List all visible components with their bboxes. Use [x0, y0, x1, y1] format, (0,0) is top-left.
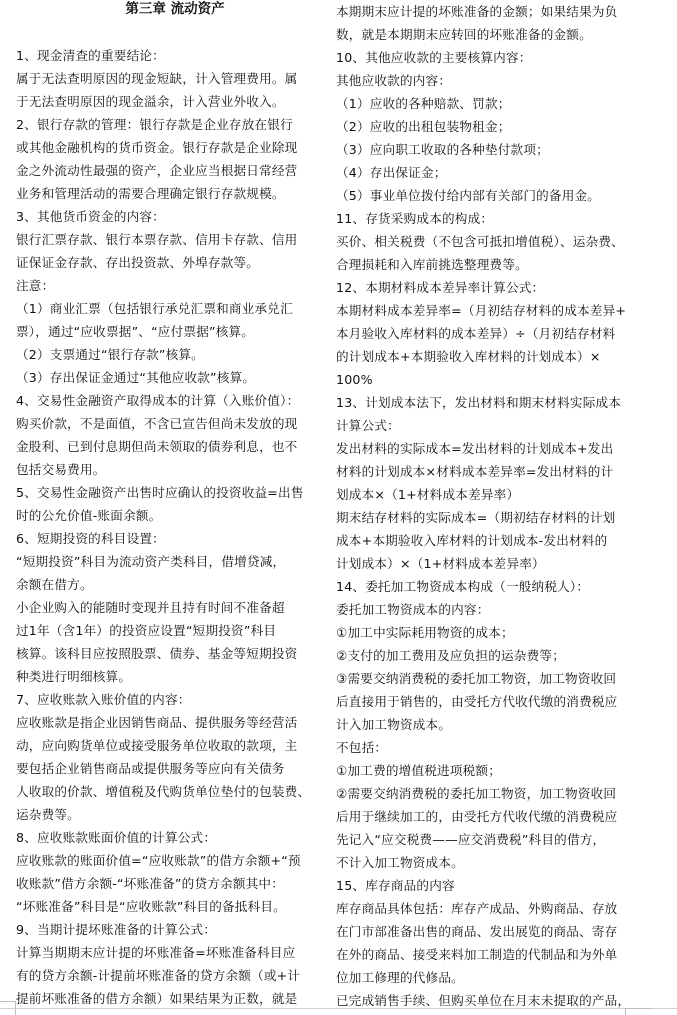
text-line: 过1年（含1年）的投资应设置“短期投资”科目	[16, 619, 334, 642]
text-line: 库存商品具体包括：库存产成品、外购商品、存放	[336, 897, 636, 920]
text-line: 于无法查明原因的现金溢余，计入营业外收入。	[16, 90, 334, 113]
text-line: 7、应收账款入账价值的内容：	[16, 688, 334, 711]
text-line: 金之外流动性最强的资产，企业应当根据日常经营	[16, 159, 334, 182]
text-line: 运杂费等。	[16, 803, 334, 826]
text-line: 属于无法查明原因的现金短缺，计入管理费用。属	[16, 67, 334, 90]
text-line: 注意：	[16, 274, 334, 297]
text-line: 14、委托加工物资成本构成（一般纳税人）：	[336, 575, 636, 598]
text-line: （1）应收的各种赔款、罚款；	[336, 92, 636, 115]
text-line: 划成本×（1+材料成本差异率）	[336, 483, 636, 506]
text-line: （5）事业单位拨付给内部有关部门的备用金。	[336, 184, 636, 207]
text-line: 核算。该科目应按照股票、债券、基金等短期投资	[16, 642, 334, 665]
text-line: 业务和管理活动的需要合理确定银行存款规模。	[16, 182, 334, 205]
text-line: 购买价款，不是面值，不含已宣告但尚未发放的现	[16, 412, 334, 435]
text-line: 后直接用于销售的，由受托方代收代缴的消费税应	[336, 690, 636, 713]
page-bottom-rule	[0, 1008, 677, 1009]
text-line: 15、库存商品的内容	[336, 874, 636, 897]
text-line: 种类进行明细核算。	[16, 665, 334, 688]
text-line: （2）支票通过“银行存款”核算。	[16, 343, 334, 366]
text-line: 12、本期材料成本差异率计算公式：	[336, 276, 636, 299]
text-line: 有的贷方余额-计提前坏账准备的贷方余额（或+计	[16, 964, 334, 987]
text-line: 计算公式：	[336, 414, 636, 437]
chapter-title: 第三章 流动资产	[16, 0, 334, 22]
text-line: 8、应收账款账面价值的计算公式：	[16, 826, 334, 849]
text-line: 买价、相关税费（不包含可抵扣增值税）、运杂费、	[336, 230, 636, 253]
right-column-text: 本期期末应计提的坏账准备的金额；如果结果为负数，就是本期期末应转回的坏账准备的金…	[336, 0, 636, 1012]
text-line: “短期投资”科目为流动资产类科目，借增贷减，	[16, 550, 334, 573]
text-line: 小企业购入的能随时变现并且持有时间不准备超	[16, 596, 334, 619]
text-line: 包括交易费用。	[16, 458, 334, 481]
text-line: 本期期末应计提的坏账准备的金额；如果结果为负	[336, 0, 636, 23]
text-line: 收账款”借方余额-“坏账准备”的贷方余额其中：	[16, 872, 334, 895]
text-line: 证保证金存款、存出投资款、外埠存款等。	[16, 251, 334, 274]
text-line: 材料的计划成本×材料成本差异率=发出材料的计	[336, 460, 636, 483]
text-line: 11、存货采购成本的构成：	[336, 207, 636, 230]
text-line: 9、当期计提坏账准备的计算公式：	[16, 918, 334, 941]
text-line: 委托加工物资成本的内容：	[336, 598, 636, 621]
text-line: 3、其他货币资金的内容：	[16, 205, 334, 228]
text-line: 提前坏账准备的借方余额）如果结果为正数，就是	[16, 987, 334, 1010]
text-line: 期末结存材料的实际成本=（期初结存材料的计划	[336, 506, 636, 529]
text-line: （3）存出保证金通过“其他应收款”核算。	[16, 366, 334, 389]
text-line: 时的公允价值-账面余额。	[16, 504, 334, 527]
crop-mark-left-icon	[0, 1001, 16, 1015]
document-page: 第三章 流动资产 1、现金清查的重要结论：属于无法查明原因的现金短缺，计入管理费…	[0, 0, 677, 1015]
text-line: 计入加工物资成本。	[336, 713, 636, 736]
text-line: 应收账款的账面价值=“应收账款”的借方余额+“预	[16, 849, 334, 872]
text-line: 计划成本）×（1+材料成本差异率）	[336, 552, 636, 575]
text-line: （4）存出保证金；	[336, 161, 636, 184]
text-line: “坏账准备”科目是“应收账款”科目的备抵科目。	[16, 895, 334, 918]
text-line: 人收取的价款、增值税及代购货单位垫付的包装费、	[16, 780, 334, 803]
text-line: 票），通过“应收票据”、“应付票据”核算。	[16, 320, 334, 343]
text-line: 成本+本期验收入库材料的计划成本-发出材料的	[336, 529, 636, 552]
text-line: 先记入“应交税费——应交消费税”科目的借方，	[336, 828, 636, 851]
text-line: 合理损耗和入库前挑选整理费等。	[336, 253, 636, 276]
text-line: 数，就是本期期末应转回的坏账准备的金额。	[336, 23, 636, 46]
text-line: 5、交易性金融资产出售时应确认的投资收益=出售	[16, 481, 334, 504]
text-line: 的计划成本+本期验收入库材料的计划成本）×	[336, 345, 636, 368]
text-line: 在门市部准备出售的商品、发出展览的商品、寄存	[336, 920, 636, 943]
left-column-text: 1、现金清查的重要结论：属于无法查明原因的现金短缺，计入管理费用。属于无法查明原…	[16, 44, 334, 1010]
text-line: 1、现金清查的重要结论：	[16, 44, 334, 67]
right-column: 本期期末应计提的坏账准备的金额；如果结果为负数，就是本期期末应转回的坏账准备的金…	[336, 0, 636, 1012]
text-line: ③需要交纳消费税的委托加工物资，加工物资收回	[336, 667, 636, 690]
text-line: 发出材料的实际成本=发出材料的计划成本+发出	[336, 437, 636, 460]
text-line: 10、其他应收款的主要核算内容：	[336, 46, 636, 69]
text-line: （1）商业汇票（包括银行承兑汇票和商业承兑汇	[16, 297, 334, 320]
text-line: 在外的商品、接受来料加工制造的代制品和为外单	[336, 943, 636, 966]
text-line: 位加工修理的代修品。	[336, 966, 636, 989]
text-line: （2）应收的出租包装物租金；	[336, 115, 636, 138]
text-line: 余额在借方。	[16, 573, 334, 596]
crop-mark-right-icon	[625, 1008, 651, 1015]
text-line: 其他应收款的内容：	[336, 69, 636, 92]
text-line: 6、短期投资的科目设置：	[16, 527, 334, 550]
text-line: ②支付的加工费用及应负担的运杂费等；	[336, 644, 636, 667]
text-line: 13、计划成本法下，发出材料和期末材料实际成本	[336, 391, 636, 414]
text-line: 后用于继续加工的，由受托方代收代缴的消费税应	[336, 805, 636, 828]
text-line: 不包括：	[336, 736, 636, 759]
text-line: 要包括企业销售商品或提供服务等应向有关债务	[16, 757, 334, 780]
text-line: 银行汇票存款、银行本票存款、信用卡存款、信用	[16, 228, 334, 251]
text-line: 动，应向购货单位或接受服务单位收取的款项，主	[16, 734, 334, 757]
text-line: 本月验收入库材料的成本差异）÷（月初结存材料	[336, 322, 636, 345]
text-line: 不计入加工物资成本。	[336, 851, 636, 874]
text-line: 4、交易性金融资产取得成本的计算（入账价值）：	[16, 389, 334, 412]
left-column: 第三章 流动资产 1、现金清查的重要结论：属于无法查明原因的现金短缺，计入管理费…	[16, 0, 334, 1010]
text-line: （3）应向职工收取的各种垫付款项；	[336, 138, 636, 161]
text-line: 金股利、已到付息期但尚未领取的债券利息，也不	[16, 435, 334, 458]
text-line: 2、银行存款的管理：银行存款是企业存放在银行	[16, 113, 334, 136]
text-line: 或其他金融机构的货币资金。银行存款是企业除现	[16, 136, 334, 159]
text-line: ①加工费的增值税进项税额；	[336, 759, 636, 782]
text-line: 100%	[336, 368, 636, 391]
text-line: 本期材料成本差异率=（月初结存材料的成本差异+	[336, 299, 636, 322]
text-line: ①加工中实际耗用物资的成本；	[336, 621, 636, 644]
text-line: 计算当期期末应计提的坏账准备=坏账准备科目应	[16, 941, 334, 964]
text-line: ②需要交纳消费税的委托加工物资，加工物资收回	[336, 782, 636, 805]
text-line: 应收账款是指企业因销售商品、提供服务等经营活	[16, 711, 334, 734]
